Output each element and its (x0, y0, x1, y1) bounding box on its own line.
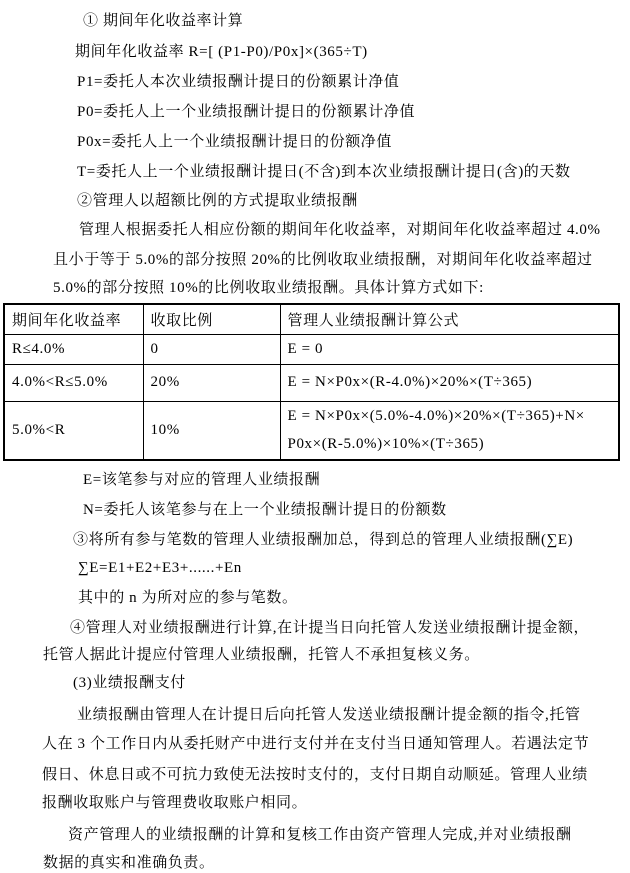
text-line-payment-4: 报酬收取账户与管理费收取账户相同。 (42, 793, 307, 813)
text-line-fee-rule-3: 5.0%的部分按照 10%的比例收取业绩报酬。具体计算方式如下: (53, 278, 484, 298)
table-header-row: 期间年化收益率 收取比例 管理人业绩报酬计算公式 (4, 304, 619, 334)
text-line-responsibility-1: 资产管理人的业绩报酬的计算和复核工作由资产管理人完成,并对业绩报酬 (68, 825, 572, 845)
table-row: R≤4.0% 0 E = 0 (4, 334, 619, 364)
text-line-sum-formula: ∑E=E1+E2+E3+......+En (78, 558, 242, 578)
table-cell-formula: E = N×P0x×(5.0%-4.0%)×20%×(T÷365)+N× P0x… (280, 401, 619, 460)
table-row: 5.0%<R 10% E = N×P0x×(5.0%-4.0%)×20%×(T÷… (4, 401, 619, 460)
text-line-n-note: 其中的 n 为所对应的参与笔数。 (78, 588, 298, 608)
text-line-p0-definition: P0=委托人上一个业绩报酬计提日的份额累计净值 (77, 102, 415, 122)
text-line-p1-definition: P1=委托人本次业绩报酬计提日的份额累计净值 (77, 72, 400, 92)
text-line-t-definition: T=委托人上一个业绩报酬计提日(不含)到本次业绩报酬计提日(含)的天数 (77, 162, 571, 182)
document-page: ① 期间年化收益率计算 期间年化收益率 R=[ (P1-P0)/P0x]×(36… (0, 0, 630, 873)
text-line-p0x-definition: P0x=委托人上一个业绩报酬计提日的份额净值 (77, 132, 392, 152)
table-cell-return-range: 5.0%<R (4, 401, 143, 460)
text-line-calc-procedure-2: 托管人据此计提应付管理人业绩报酬，托管人不承担复核义务。 (43, 645, 480, 665)
table-cell-formula: E = 0 (280, 334, 619, 364)
text-line-excess-ratio-heading: ②管理人以超额比例的方式提取业绩报酬 (77, 191, 358, 211)
formula-line-1: E = N×P0x×(5.0%-4.0%)×20%×(T÷365)+N× (288, 402, 615, 430)
formula-line-2: P0x×(R-5.0%)×10%×(T÷365) (288, 430, 615, 458)
text-line-payment-3: 假日、休息日或不可抗力致使无法按时支付的，支付日期自动顺延。管理人业绩 (42, 765, 588, 785)
table-cell-ratio: 0 (143, 334, 280, 364)
table-row: 4.0%<R≤5.0% 20% E = N×P0x×(R-4.0%)×20%×(… (4, 364, 619, 401)
text-line-payment-2: 人在 3 个工作日内从委托财产中进行支付并在支付当日通知管理人。若遇法定节 (42, 734, 589, 754)
table-cell-return-range: 4.0%<R≤5.0% (4, 364, 143, 401)
text-line-sum-heading: ③将所有参与笔数的管理人业绩报酬加总，得到总的管理人业绩报酬(∑E) (73, 530, 573, 550)
table-cell-ratio: 10% (143, 401, 280, 460)
text-line-fee-rule-2: 且小于等于 5.0%的部分按照 20%的比例收取业绩报酬，对期间年化收益率超过 (53, 250, 593, 270)
performance-fee-table: 期间年化收益率 收取比例 管理人业绩报酬计算公式 R≤4.0% 0 E = 0 … (3, 303, 620, 461)
text-line-n-definition: N=委托人该笔参与在上一个业绩报酬计提日的份额数 (83, 500, 447, 520)
text-line-annualized-return-heading: ① 期间年化收益率计算 (83, 11, 243, 31)
table-header-return-range: 期间年化收益率 (4, 304, 143, 334)
table-cell-return-range: R≤4.0% (4, 334, 143, 364)
text-line-calc-procedure-1: ④管理人对业绩报酬进行计算,在计提当日向托管人发送业绩报酬计提金额， (70, 618, 589, 638)
table-header-formula: 管理人业绩报酬计算公式 (280, 304, 619, 334)
text-line-e-definition: E=该笔参与对应的管理人业绩报酬 (83, 470, 320, 490)
text-line-fee-rule-1: 管理人根据委托人相应份额的期间年化收益率，对期间年化收益率超过 4.0% (79, 220, 601, 240)
text-line-payment-1: 业绩报酬由管理人在计提日后向托管人发送业绩报酬计提金额的指令,托管 (77, 705, 581, 725)
table-header-ratio: 收取比例 (143, 304, 280, 334)
text-line-responsibility-2: 数据的真实和准确负责。 (43, 853, 215, 873)
text-line-return-formula: 期间年化收益率 R=[ (P1-P0)/P0x]×(365÷T) (75, 42, 368, 62)
table-cell-ratio: 20% (143, 364, 280, 401)
table-cell-formula: E = N×P0x×(R-4.0%)×20%×(T÷365) (280, 364, 619, 401)
text-line-payment-heading: (3)业绩报酬支付 (73, 673, 186, 693)
